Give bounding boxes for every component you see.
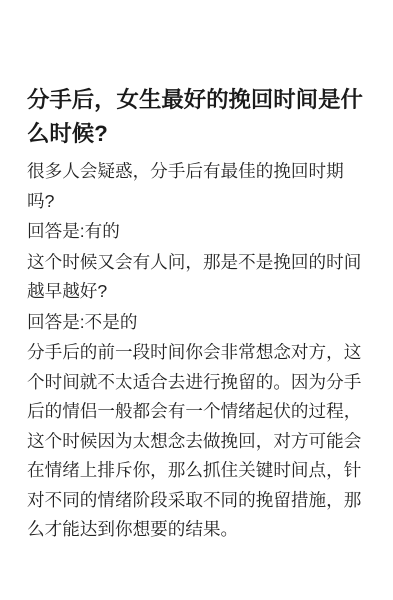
article-paragraph: 回答是:有的 bbox=[27, 217, 365, 247]
article-paragraph: 很多人会疑惑，分手后有最佳的挽回时期吗? bbox=[27, 157, 365, 216]
article-body: 很多人会疑惑，分手后有最佳的挽回时期吗?回答是:有的这个时候又会有人问，那是不是… bbox=[27, 157, 365, 545]
article-paragraph: 分手后的前一段时间你会非常想念对方，这个时间就不太适合去进行挽留的。因为分手后的… bbox=[27, 338, 365, 545]
article-title: 分手后，女生最好的挽回时间是什么时候? bbox=[27, 83, 365, 151]
article-paragraph: 回答是:不是的 bbox=[27, 308, 365, 338]
article-paragraph: 这个时候又会有人问，那是不是挽回的时间越早越好? bbox=[27, 248, 365, 307]
article-page: 分手后，女生最好的挽回时间是什么时候? 很多人会疑惑，分手后有最佳的挽回时期吗?… bbox=[0, 0, 393, 600]
